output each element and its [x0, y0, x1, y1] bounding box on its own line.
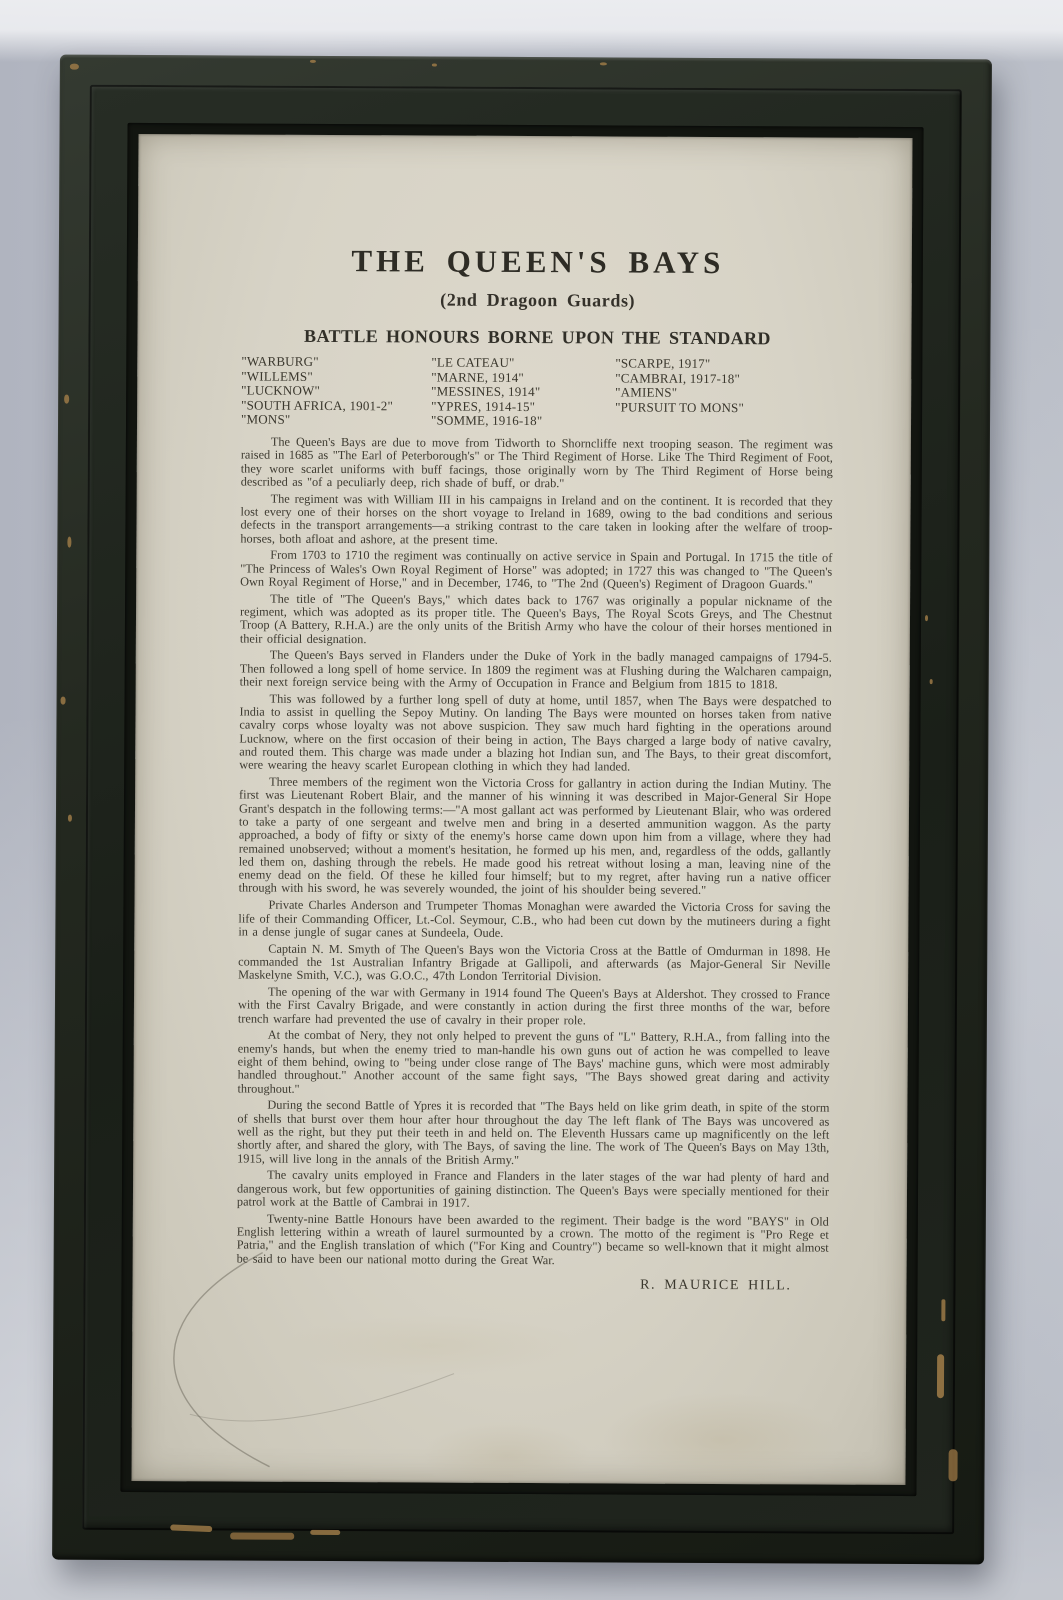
- frame-inner-lip: THE QUEEN'S BAYS (2nd Dragoon Guards) BA…: [120, 123, 923, 1496]
- frame-wear-chip: [170, 1524, 212, 1532]
- battle-honour: "MONS": [241, 413, 431, 429]
- paper-stain: [421, 1420, 591, 1485]
- frame-wear-chip: [68, 815, 72, 822]
- paragraph: From 1703 to 1710 the regiment was conti…: [240, 549, 832, 592]
- frame-wear-chip: [937, 1354, 944, 1398]
- frame-wear-chip: [230, 1532, 294, 1539]
- frame-wear-chip: [948, 1449, 957, 1481]
- paragraph: The cavalry units employed in France and…: [237, 1169, 829, 1212]
- paragraph: At the combat of Nery, they not only hel…: [237, 1029, 829, 1099]
- document-title: THE QUEEN'S BAYS: [242, 243, 834, 282]
- paragraph: The opening of the war with Germany in 1…: [238, 986, 830, 1029]
- document-body: The Queen's Bays are due to move from Ti…: [237, 435, 833, 1268]
- paragraph: During the second Battle of Ypres it is …: [237, 1099, 829, 1169]
- signature: R. MAURICE HILL.: [236, 1275, 828, 1294]
- frame-wear-chip: [310, 60, 316, 63]
- frame-wear-chip: [432, 64, 437, 67]
- battle-honour: "SOMME, 1916-18": [431, 414, 615, 430]
- battle-honour: "PURSUIT TO MONS": [615, 400, 833, 416]
- document-subtitle: (2nd Dragoon Guards): [242, 289, 834, 313]
- paper-stain: [601, 1391, 841, 1485]
- document-content: THE QUEEN'S BAYS (2nd Dragoon Guards) BA…: [236, 243, 833, 1295]
- frame-wear-chip: [310, 1530, 340, 1535]
- paragraph: Twenty-nine Battle Honours have been awa…: [237, 1212, 829, 1268]
- paragraph: The regiment was with William III in his…: [240, 492, 832, 548]
- paper-stain: [282, 1315, 582, 1377]
- paragraph: The Queen's Bays are due to move from Ti…: [241, 435, 833, 491]
- paragraph: Captain N. M. Smyth of The Queen's Bays …: [238, 942, 830, 985]
- battle-honours-column: "WARBURG""WILLEMS""LUCKNOW""SOUTH AFRICA…: [241, 355, 431, 429]
- paragraph: Private Charles Anderson and Trumpeter T…: [238, 899, 830, 942]
- frame-wear-chip: [64, 395, 69, 404]
- frame-wear-chip: [930, 679, 933, 684]
- picture-frame: THE QUEEN'S BAYS (2nd Dragoon Guards) BA…: [52, 55, 992, 1565]
- paragraph: Three members of the regiment won the Vi…: [239, 776, 832, 899]
- frame-molding: THE QUEEN'S BAYS (2nd Dragoon Guards) BA…: [82, 85, 962, 1535]
- framed-document-paper: THE QUEEN'S BAYS (2nd Dragoon Guards) BA…: [131, 134, 912, 1485]
- battle-honours-list: "WARBURG""WILLEMS""LUCKNOW""SOUTH AFRICA…: [241, 355, 833, 431]
- frame-wear-chip: [941, 1299, 945, 1321]
- frame-wear-chip: [925, 615, 928, 621]
- frame-wear-chip: [67, 537, 71, 548]
- paragraph: This was followed by a further long spel…: [239, 692, 831, 775]
- battle-honours-column: "LE CATEAU""MARNE, 1914""MESSINES, 1914"…: [431, 356, 615, 430]
- frame-wear-chip: [600, 62, 607, 65]
- battle-honours-column: "SCARPE, 1917""CAMBRAI, 1917-18""AMIENS"…: [615, 356, 833, 430]
- frame-wear-chip: [70, 64, 79, 70]
- frame-wear-chip: [61, 697, 66, 705]
- photo-backdrop: THE QUEEN'S BAYS (2nd Dragoon Guards) BA…: [0, 0, 1063, 1600]
- paragraph: The title of "The Queen's Bays," which d…: [240, 592, 832, 648]
- battle-honours-heading: BATTLE HONOURS BORNE UPON THE STANDARD: [241, 326, 833, 350]
- paragraph: The Queen's Bays served in Flanders unde…: [240, 649, 832, 692]
